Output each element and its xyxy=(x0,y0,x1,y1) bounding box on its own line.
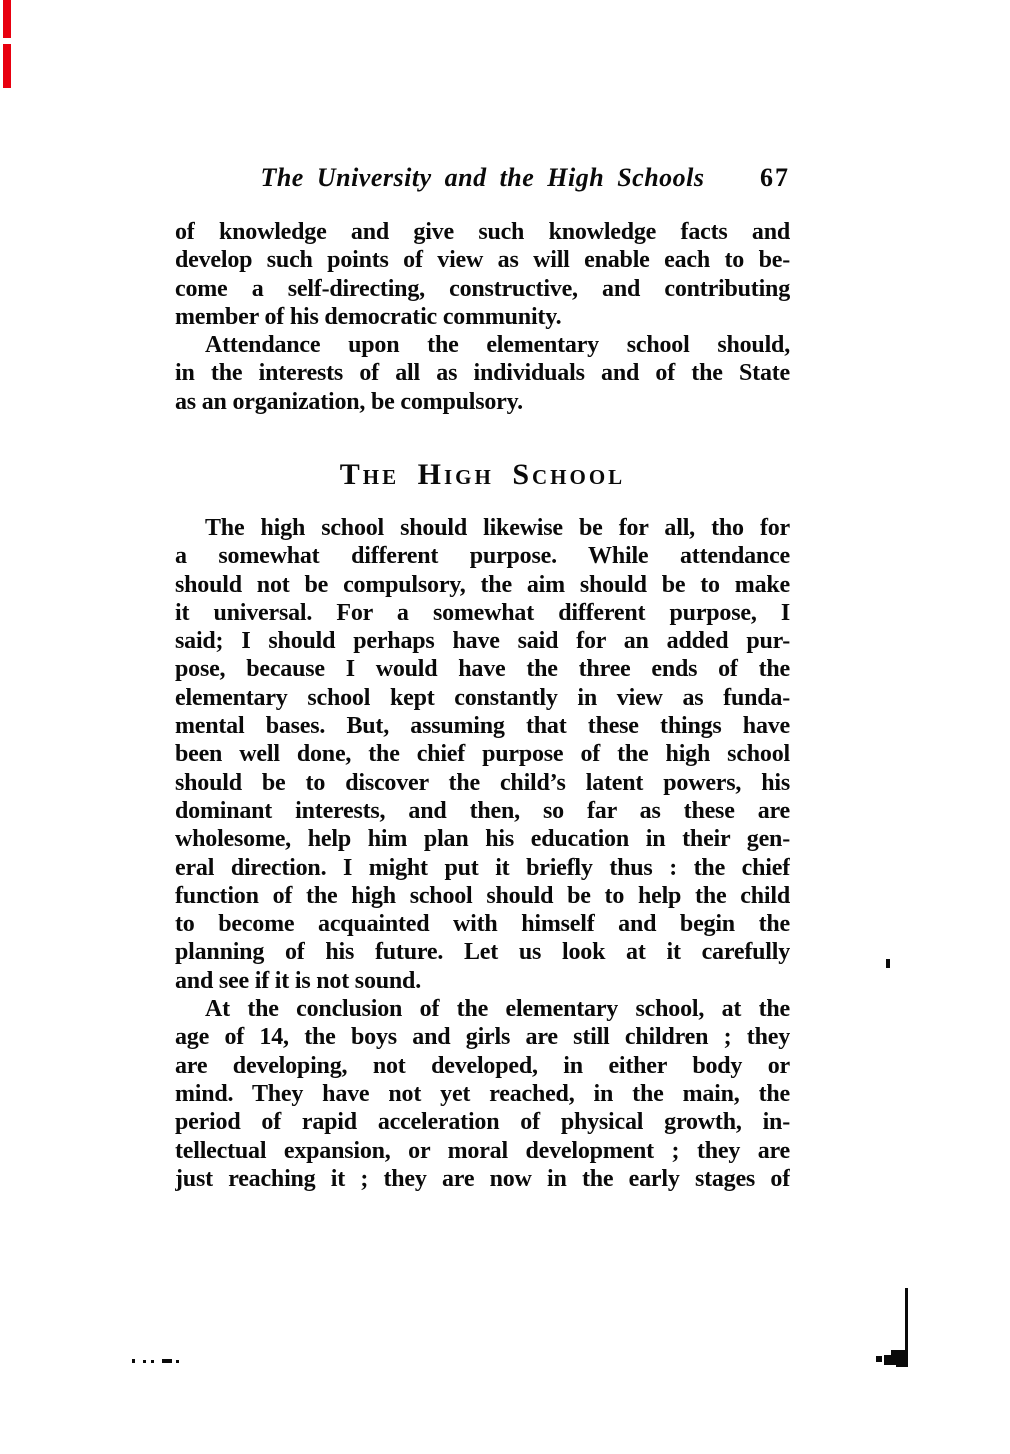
text-line: tellectual expansion, or moral developme… xyxy=(175,1137,790,1165)
scan-speck-artifact xyxy=(876,1356,882,1362)
text-line: as an organization, be compulsory. xyxy=(175,388,790,416)
text-line: been well done, the chief purpose of the… xyxy=(175,740,790,768)
section-heading: The High School xyxy=(175,456,790,494)
text-line: pose, because I would have the three end… xyxy=(175,655,790,683)
text-line: it universal. For a somewhat different p… xyxy=(175,599,790,627)
text-line: wholesome, help him plan his education i… xyxy=(175,825,790,853)
text-line: and see if it is not sound. xyxy=(175,967,790,995)
text-line: The high school should likewise be for a… xyxy=(175,514,790,542)
paragraph: of knowledge and give such knowledge fac… xyxy=(175,218,790,331)
text-line: should not be compulsory, the aim should… xyxy=(175,571,790,599)
scan-speck-artifact xyxy=(162,1359,172,1363)
text-line: mind. They have not yet reached, in the … xyxy=(175,1080,790,1108)
scan-red-edge-artifact xyxy=(3,44,11,88)
text-line: Attendance upon the elementary school sh… xyxy=(175,331,790,359)
text-line: eral direction. I might put it briefly t… xyxy=(175,854,790,882)
running-title: The University and the High Schools xyxy=(260,163,704,192)
paragraph: Attendance upon the elementary school sh… xyxy=(175,331,790,416)
scanned-book-page: The University and the High Schools 67 o… xyxy=(0,0,1010,1454)
text-line: function of the high school should be to… xyxy=(175,882,790,910)
text-line: should be to discover the child’s latent… xyxy=(175,769,790,797)
text-line: said; I should perhaps have said for an … xyxy=(175,627,790,655)
text-line: age of 14, the boys and girls are still … xyxy=(175,1023,790,1051)
scan-red-edge-artifact xyxy=(3,0,11,38)
text-line: are developing, not developed, in either… xyxy=(175,1052,790,1080)
scan-speck-artifact xyxy=(886,959,890,968)
text-line: member of his democratic community. xyxy=(175,303,790,331)
text-line: in the interests of all as individuals a… xyxy=(175,359,790,387)
text-line: just reaching it ; they are now in the e… xyxy=(175,1165,790,1193)
text-line: planning of his future. Let us look at i… xyxy=(175,938,790,966)
text-line: At the conclusion of the elementary scho… xyxy=(175,995,790,1023)
text-line: of knowledge and give such knowledge fac… xyxy=(175,218,790,246)
scan-speck-artifact xyxy=(176,1360,179,1363)
text-line: dominant interests, and then, so far as … xyxy=(175,797,790,825)
text-line: mental bases. But, assuming that these t… xyxy=(175,712,790,740)
body-text-block-2: The high school should likewise be for a… xyxy=(175,514,790,1193)
body-text-block-1: of knowledge and give such knowledge fac… xyxy=(175,218,790,416)
paragraph: The high school should likewise be for a… xyxy=(175,514,790,995)
text-line: to become acquainted with himself and be… xyxy=(175,910,790,938)
scan-corner-blob-artifact xyxy=(896,1362,908,1367)
paragraph: At the conclusion of the elementary scho… xyxy=(175,995,790,1193)
running-header: The University and the High Schools 67 xyxy=(175,162,790,194)
text-line: elementary school kept constantly in vie… xyxy=(175,684,790,712)
text-line: period of rapid acceleration of physical… xyxy=(175,1108,790,1136)
text-line: a somewhat different purpose. While atte… xyxy=(175,542,790,570)
page-number: 67 xyxy=(760,162,790,194)
scan-speck-artifact xyxy=(143,1360,146,1363)
scan-speck-artifact xyxy=(151,1360,154,1363)
text-line: come a self-directing, constructive, and… xyxy=(175,275,790,303)
scan-speck-artifact xyxy=(132,1359,135,1363)
text-line: develop such points of view as will enab… xyxy=(175,246,790,274)
